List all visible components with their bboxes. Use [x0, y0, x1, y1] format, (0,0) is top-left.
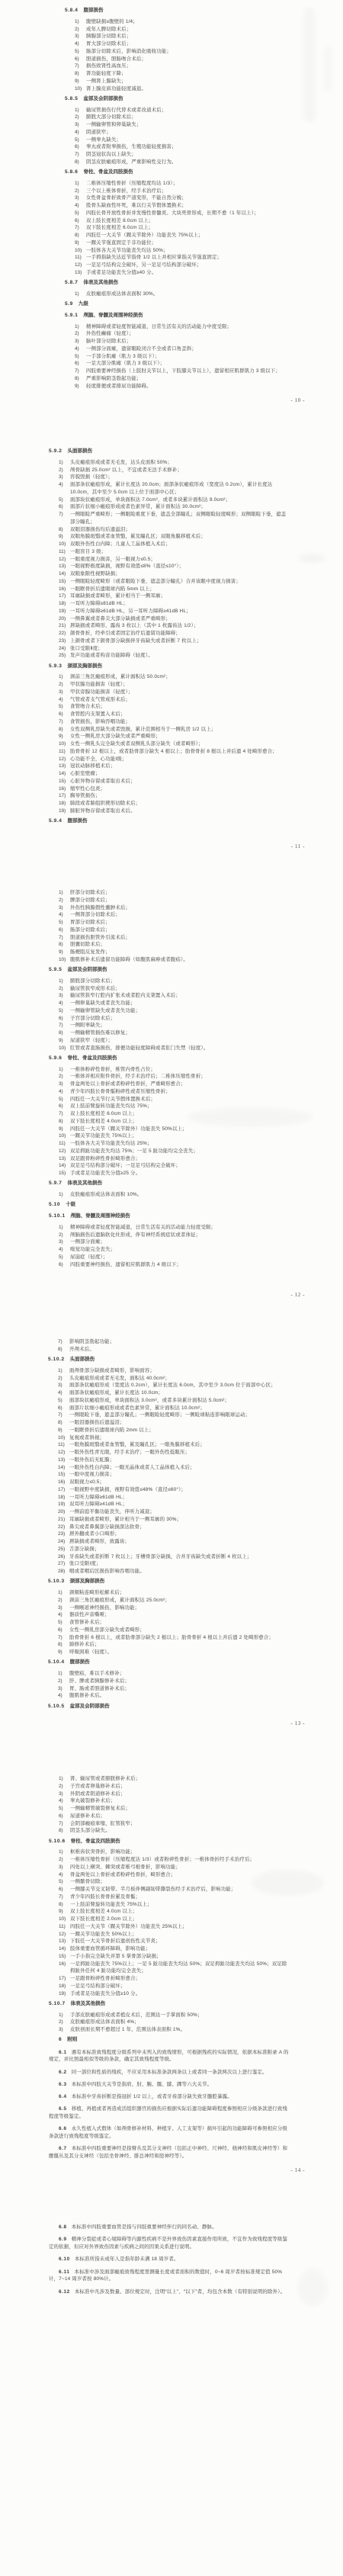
list-item: 1)皮肤瘢痕形成达体表面积 10%。 [49, 1191, 290, 1199]
list-item-text: 头皮瘢痕形成或者无毛发，面积达 40.0cm²； [69, 1375, 290, 1383]
list-item: 2)颈前三角区瘢痕形成，累计面积达 25.0cm²； [48, 1597, 290, 1604]
list-item-text: 严重影响阴茎勃起功能； [86, 375, 303, 383]
list-item-number: 3) [58, 1685, 69, 1693]
list-item: 6)食管腔内支架置入术后； [49, 711, 290, 718]
list-item: 4)面部条状瘢痕形成，累计长度达 10.0cm； [48, 1389, 290, 1397]
list-item-number: 27) [58, 1560, 69, 1568]
list-item: 3)容貌毁损（轻度）； [49, 474, 290, 481]
list-item-text: 甲状旁腺功能损害（轻度）； [70, 689, 290, 696]
list-item: 6)双上肢前臂旋转功能丧失均达 75%； [49, 1103, 290, 1110]
list-item-number: 10) [59, 1916, 70, 1923]
list-item-text: 一侧眼睑下垂，遮盖部分瞳孔；一侧眼睑轻度畸形；一侧睑球粘连影响眼球运动； [69, 1412, 290, 1419]
list-item-number: 1) [75, 107, 86, 114]
list-item-number: 2) [59, 681, 70, 689]
list-item-text: 一侧膝关节交叉韧带、半月板伴侧副韧带撕裂伤经手术治疗后，影响功能； [70, 1886, 290, 1893]
list-item-text: 肾上腺皮质功能轻度减退。 [86, 85, 303, 93]
clause-number: 6.7 [59, 2146, 67, 2151]
list-item-text: 胃、肠或者胆道修补术后； [69, 1685, 290, 1693]
list-item-text: 一侧肾部分切除术后； [70, 911, 290, 919]
list-item-number: 10) [59, 1132, 70, 1140]
list-item: 16)双眼视力≤0.5； [48, 1479, 290, 1486]
list-item: 8)肺修补术后； [48, 1641, 290, 1649]
list-item-number: 8) [59, 1827, 70, 1835]
list-item-text: 四肢任一大关节（踝关节除外）功能丧失 50%以上； [70, 1126, 290, 1133]
section-number: 5.10.3 [48, 1579, 65, 1584]
list-item-text: 皮肤瘢痕形成达体表面积 4%； [70, 2019, 290, 2026]
list-item-number: 1) [75, 180, 86, 188]
list-item-text: 一足大部分肌瘫（肌力 3 级以下）； [86, 360, 303, 368]
list-item-number: 3) [58, 1382, 69, 1389]
list-item: 2)一椎体并相应附件骨折，经手术治疗后；二椎体压缩性骨折； [49, 1073, 290, 1081]
list-item-text: 四肢重要神经损伤，遗留相应肌群肌力 4 级以下； [70, 1261, 290, 1269]
list-item-text: 颌骨骨折，经牵引或者固定治疗后遗留功能障碍； [70, 630, 290, 638]
list-item: 8)一上肢前臂旋转功能丧失 75%以上； [49, 1901, 290, 1909]
list-item-number: 23) [58, 1531, 69, 1538]
list-item-text: 肺段或者肺组织楔形切除术后； [70, 800, 290, 808]
list-item: 7)一侧附睾缺失； [49, 1022, 290, 1029]
list-item-number: 7) [59, 934, 70, 942]
section-number: 5.10.6 [49, 1839, 66, 1844]
list-item-number: 3) [59, 1791, 70, 1798]
list-item-text: 手部皮肤瘢痕形成或者植皮术后，范围达一手掌面积 50%； [70, 2012, 290, 2019]
list-item: 7)一侧眼睑严重畸形；一侧眼睑重度下垂，遮盖全部瞳孔；双侧眼睑轻度畸形；双侧眼睑… [49, 511, 290, 526]
list-item-text: 女性骨盆骨折致骨产道变形，不能自然分娩； [86, 194, 303, 202]
list-item-number: 26) [58, 1553, 69, 1561]
list-item-text: 食管吻合术后； [70, 703, 290, 711]
list-item: 7)肋骨骨折 6 根以上，或者肋骨部分缺失 2 根以上；肋骨骨折 4 根以上并后… [48, 1634, 290, 1642]
list-item-text: 枢椎齿状突骨折，影响功能； [70, 1848, 290, 1856]
list-item: 7)双下肢长度相差 6.0cm 以上； [65, 224, 303, 232]
list-item-number: 19) [59, 808, 70, 815]
list-item: 8)女性双侧乳房缺失或者毁损，累计范围相当于一侧乳房 1/2 以上； [49, 726, 290, 734]
list-item-number: 12) [75, 262, 86, 269]
list-item-number: 11) [59, 1923, 70, 1931]
section-number: 5.10 [49, 1202, 60, 1207]
list-item-number: 18) [59, 600, 70, 608]
list-item: 7)损伤致肾性高血压； [65, 63, 303, 70]
list-item-text: 鼻尖或者鼻翼部分缺损深达软骨； [69, 1524, 290, 1531]
list-item-text: 会阴部瘢痕挛缩，肛管狭窄； [70, 1820, 290, 1828]
list-item-text: 唇缺损或者畸形，致露齿； [69, 1538, 290, 1546]
list-item-text: 双眼角膜斑翳或者血管翳，累及瞳孔区；双眼角膜移植术后； [70, 533, 290, 541]
section-title: 颈部及胸部损伤 [70, 1579, 105, 1584]
list-item: 5)一手部分肌瘫（肌力 3 级以下）； [65, 353, 303, 361]
section-number: 5.10.7 [49, 2001, 66, 2006]
list-item: 1)腹壁缺损≥腹壁的 1/4； [65, 18, 303, 26]
clause-text: 本标准中四肢重要神经是指臂丛及其分支神经（包括正中神经、尺神经、桡神经和肌皮神经… [49, 2146, 287, 2159]
list-item-text: 尿道修补术后； [70, 1813, 290, 1820]
list-item: 11)一眼盲目 3 级； [49, 548, 290, 556]
list-item-text: 股骨头缺血性坏死，难以行关节假体置换术； [86, 202, 303, 210]
list-item: 10)双下肢长度相差 2.0cm 以上； [49, 1916, 290, 1923]
list-item-text: 阴道狭窄； [86, 129, 303, 137]
list-item: 5)面部块状瘢痕形成，单块面积达 7.0cm²，或者多块累计面积达 9.0cm²… [49, 496, 290, 504]
page-15-content: 6.8本标准中四肢重要血管是指与四肢重要神经伴行的同名动、静脉。 6.9精神分裂… [49, 2224, 290, 2301]
section-number: 5.8.5 [65, 96, 78, 101]
list-item: 7)四肢重要神经损伤（上肢肘关节以上，下肢膝关节以上），遗留相应肌群肌力 3 级… [65, 368, 303, 375]
section-heading-6: 6附则 [49, 2036, 290, 2044]
list-item: 5)食管吻合术后； [49, 703, 290, 711]
list-item: 1)头皮瘢痕形成或者无毛发，达头皮面积 50%； [49, 459, 290, 467]
list-item-number: 7) [75, 368, 86, 375]
clause-6.12: 6.12本标准中凡涉及数量、部位规定时，注明“以上”、“以下”者，均包含本数（有… [49, 2289, 290, 2296]
list-item-text: 呼吸困难（轻度）。 [69, 1649, 290, 1656]
section-title: 十级 [66, 1202, 75, 1207]
section-title: 颅脑、脊髓及周围神经损伤 [71, 1213, 130, 1219]
section-title: 体表及其他损伤 [67, 1180, 102, 1186]
list-item-text: 下肢任一大关节骨折后遗创伤性关节炎； [70, 1938, 290, 1945]
list-item-number: 6) [59, 711, 70, 718]
list-item-text: 一眼外伤后无虹膜； [69, 1457, 290, 1464]
list-item-number: 15) [58, 1471, 69, 1479]
list-item-text: 冠状动脉移植术后； [70, 763, 290, 770]
clause-text: 遇有本标准致残程度分级系列中未列入的致残情形，可根据残疾的实际情况，依据本标准附… [49, 2050, 289, 2063]
clause-number: 6.8 [59, 2224, 67, 2230]
list-item-number: 1) [59, 673, 70, 681]
list-item-text: 影响阴茎勃起功能； [69, 1338, 290, 1346]
list-item: 6)双上肢长度相差 8.0cm 以上； [65, 217, 303, 225]
list-item-text: 心功能不全，心功能Ⅰ级； [70, 756, 290, 763]
list-item-text: 面部块状瘢痕形成，单块面积达 3.0cm²，或者多块累计面积达 5.0cm²； [69, 1397, 290, 1405]
list-item: 3)一侧喉返神经损伤，影响功能； [48, 1604, 290, 1612]
list-item-text: 一眼中度视力损害； [69, 1471, 290, 1479]
list-item-text: 一眼眶骨折后遗眼球内陷 5mm 以上； [70, 586, 290, 593]
list-item-text: 女性双侧乳房缺失或者毁损，累计范围相当于一侧乳房 1/2 以上； [70, 726, 290, 734]
list-item-text: 四肢任一大关节（踝关节除外）功能丧失 25%以上； [70, 1923, 290, 1931]
list-item-text: 腹壁缺损≥腹壁的 1/4； [86, 18, 303, 26]
list-item-text: 一上肢前臂旋转功能丧失 75%以上； [70, 1901, 290, 1909]
list-item-text: 输尿管损伤行代替术或者改道术后； [86, 107, 303, 114]
list-item-number: 2) [59, 1232, 70, 1239]
list-item-text: 面部条状瘢痕形成（宽度达 0.2cm），累计长度达 6.0cm，其中至少 3.0… [69, 1382, 290, 1389]
list-item: 14)心脏室壁瘤； [49, 770, 290, 778]
clause-number: 6.1 [59, 2050, 67, 2055]
list-item-number: 6) [58, 1405, 69, 1412]
list-item-number: 7) [58, 1338, 69, 1346]
list-item-text: 一眼眶骨折后遗眼球内陷 2mm 以上； [69, 1427, 290, 1434]
list-item: 6)一足大部分肌瘫（肌力 3 级以下）； [65, 360, 303, 368]
list-item: 1)肝部分切除术后； [49, 889, 290, 897]
list-item-number: 13) [59, 1938, 70, 1945]
list-item-text: 青少年四肢长骨骨折累及骨骺； [70, 1893, 290, 1901]
page-number: - 10 - [290, 397, 305, 403]
list-item-number: 4) [75, 40, 86, 48]
list-item-number: 7) [59, 1022, 70, 1029]
list-item: 16)一足拇趾功能丧失 75%以上；一足 5 趾功能丧失均达 50%；双足拇趾功… [49, 1961, 290, 1976]
list-item: 8)双下肢长度相差 4.0cm 以上； [49, 1118, 290, 1126]
list-item: 8)一眼泪器损伤后遗溢泪； [48, 1419, 290, 1427]
list-item: 9)四肢任一大关节（踝关节除外）功能丧失 50%以上； [49, 1126, 290, 1133]
list-item: 3)女性骨盆骨折致骨产道变形，不能自然分娩； [65, 194, 303, 202]
list-item-number: 8) [75, 375, 86, 383]
scan-artifact [304, 8, 315, 122]
list-item: 15)一侧眼睑轻度畸形（或者眼睑下垂，遮盖部分瞳孔）合并该眼中度视力损害； [49, 578, 290, 586]
list-item-text: 面部片状细小瘢痕形成或者色素异常，累计面积达 30.0cm²； [70, 503, 290, 511]
list-item: 11)一肢体各大关节功能丧失均达 25%； [49, 1140, 290, 1148]
list-item: 18)一耳听力障碍≥81dB HL； [49, 600, 290, 608]
list-item: 20)一侧前庭平衡功能丧失，伴听力减退； [48, 1508, 290, 1516]
list-item-number: 10) [75, 247, 86, 255]
clause-6.1: 6.1遇有本标准致残程度分级系列中未列入的致残情形，可根据残疾的实际情况，依据本… [49, 2049, 290, 2064]
list-item-number: 8) [58, 1641, 69, 1649]
clause-number: 6.10 [59, 2256, 70, 2262]
clause-number: 6.12 [59, 2289, 70, 2295]
list-item-text: 骨盆两处以上骨折或者粉碎性骨折，严重畸形愈合； [70, 1081, 290, 1088]
section-heading-5.9.7: 5.9.7体表及其他损伤 [49, 1180, 290, 1187]
list-item-number: 10) [59, 1045, 70, 1052]
list-item-text: 手或者足功能丧失分值≥10 分。 [70, 1990, 290, 1998]
list-item-number: 11) [58, 1441, 69, 1449]
list-item-text: 双眼外伤性白内障；儿童人工晶体植入术后； [70, 541, 290, 548]
section-heading-5.8.7: 5.8.7体表及其他损伤 [65, 279, 303, 287]
list-item-text: 一侧输卵管和卵巢缺失； [86, 121, 303, 129]
list-item-number: 1) [59, 1191, 70, 1199]
list-item-text: 一侧眼睑严重畸形；一侧眼睑重度下垂，遮盖全部瞳孔；双侧眼睑轻度畸形；双侧眼睑下垂… [70, 511, 290, 526]
list-item-number: 4) [59, 911, 70, 919]
list-item-number: 9) [59, 949, 70, 956]
list-item-text: 双足拇趾功能丧失均达 75%；一足 5 趾功能均完全丧失； [70, 1148, 290, 1155]
list-item-text: 女性一侧乳房大部分缺失或者严重畸形； [70, 733, 290, 740]
clause-6.9: 6.9精神分裂症或者心境障碍等内源性疾病不是外界致伤因素直接作用所致，不宜作为致… [49, 2236, 290, 2251]
list-item-number: 23) [59, 638, 70, 645]
list-item: 5)一侧输精管破裂修复术后； [49, 1805, 290, 1813]
list-item-number: 4) [59, 1246, 70, 1254]
list-item-number: 14) [58, 1464, 69, 1472]
list-item-number: 15) [59, 1953, 70, 1961]
page-number: - 14 - [290, 2167, 305, 2173]
list-item: 13)手或者足功能丧失分值≥40 分。 [65, 269, 303, 277]
list-item-number: 1) [59, 1775, 70, 1783]
list-item-number: 1) [58, 1589, 69, 1597]
list-item-number: 6) [75, 143, 86, 151]
list-item-text: 输尿管狭窄行腔内扩张术或者腔内支架置入术后； [70, 992, 290, 1000]
list-item-number: 3) [58, 1604, 69, 1612]
list-item-text: 面部块状瘢痕形成，单块面积达 7.0cm²，或者多块累计面积达 9.0cm²； [70, 496, 290, 504]
section-heading-5.9.3: 5.9.3颈部及胸部损伤 [49, 663, 290, 670]
list-item-number: 5) [59, 1096, 70, 1103]
list-item-number: 11) [59, 1140, 70, 1148]
clause-number: 6.3 [59, 2082, 67, 2087]
list-item-number: 14) [59, 1162, 70, 1170]
list-item-number: 1) [75, 18, 86, 26]
list-item: 4)腹肌修补术后。 [48, 1692, 290, 1700]
list-item-number: 16) [59, 1961, 70, 1968]
list-item: 5)一侧睾丸缺失； [65, 137, 303, 144]
list-item-number: 4) [75, 202, 86, 210]
list-item-number: 17) [58, 1486, 69, 1494]
list-item-text: 双足跟骨粉碎性骨折畸形愈合； [70, 1155, 290, 1163]
list-item: 1)二椎体压缩性骨折（压缩程度均达 1/3）； [65, 180, 303, 188]
list-item-text: 输尿管狭窄成形术后； [70, 985, 290, 993]
list-item: 21)唇缺损或者畸形，露齿 3 枚以上（其中 1 枚露齿达 1/2）； [49, 622, 290, 630]
list-item-number: 5) [59, 1007, 70, 1015]
list-item-text: 皮肤创面长期不愈超过 1 年，范围达体表面积 1%。 [70, 2026, 290, 2034]
list-item: 1)面颅骨部分缺损或者畸形，影响面容； [48, 1367, 290, 1375]
list-item-text: 腹肌修补术后遗留功能障碍（如腹肌麻痹或者腹疝）。 [70, 956, 290, 964]
list-item-number: 3) [75, 33, 86, 40]
list-item-number: 4) [59, 1871, 70, 1879]
list-item-text: 一肢体各大关节功能丧失均达 50%； [86, 247, 303, 255]
list-item: 1)膀胱部分切除术后； [49, 978, 290, 985]
list-item-text: 肛管或者直肠损伤，排便功能轻度障碍或者肛门失禁（轻度）。 [70, 1045, 290, 1052]
list-item-text: 一眼外伤性白内障；一眼无晶体或者人工晶体植入术后； [69, 1464, 290, 1472]
list-item-number: 3) [75, 121, 86, 129]
clause-6.3: 6.3本标准中四肢大关节是指肩、肘、腕、髋、膝、踝等六大关节。 [49, 2081, 290, 2089]
list-item: 2)甲状腺功能损害（轻度）； [49, 681, 290, 689]
list-item-text: 一椎体并相应附件骨折，经手术治疗后；二椎体压缩性骨折； [70, 1073, 290, 1081]
list-item-text: 双下肢长度相差 4.0cm 以上； [70, 1118, 290, 1126]
list-item-text: 发声功能或者构音功能障碍（轻度）。 [70, 652, 290, 660]
list-item: 6)面部片状细小瘢痕形成或者色素异常，累计面积达 30.0cm²； [49, 503, 290, 511]
clause-text: 移植、再植或者再造成活组织器官的损伤应根据实际后遗功能障碍程度参照相应分级条款进… [49, 2106, 287, 2119]
list-item-number: 5) [59, 703, 70, 711]
list-item: 20)一侧鼻翼或者鼻尖大部分缺损或者严重畸形； [49, 615, 290, 623]
list-item-number: 1) [58, 1367, 69, 1375]
list-item-text: 双上肢长度相差 8.0cm 以上； [86, 217, 303, 225]
list-item: 12)心功能不全，心功能Ⅰ级； [49, 756, 290, 763]
list-item: 3)输尿管狭窄行腔内扩张术或者腔内支架置入术后； [49, 992, 290, 1000]
section-title: 腹部损伤 [70, 1659, 90, 1665]
list-item-text: 食管腔内支架置入术后； [70, 711, 290, 718]
list-item: 6)肠部分切除术后； [49, 927, 290, 934]
list-item-text: 双足足弓结构部分破坏；一足足弓结构完全破坏； [70, 1162, 290, 1170]
list-item-text: 一耳听力障碍≥61dB HL； [69, 1494, 290, 1502]
list-item-text: 耳廓缺损或者畸形，累计相当于一侧耳廓的 30%； [69, 1516, 290, 1524]
list-item-number: 11) [59, 548, 70, 556]
list-item: 16)一眼眶骨折后遗眼球内陷 5mm 以上； [49, 586, 290, 593]
list-item-text: 颅骨缺损 25.0cm² 以上，不宜或者无法手术修补； [70, 467, 290, 474]
list-item-text: 开颅术后。 [69, 1346, 290, 1354]
list-item: 10)腹肌修补术后遗留功能障碍（如腹肌麻痹或者腹疝）。 [49, 956, 290, 964]
section-title: 九级 [79, 301, 88, 307]
list-item-text: 胆道损伤胆管外引流术后； [70, 934, 290, 942]
list-item-text: 子宫或者卵巢修补术后； [70, 1783, 290, 1791]
list-item-text: 面部条状瘢痕形成，累计长度达 20.0cm；面部条状瘢痕形成（宽度达 0.2cm… [70, 481, 290, 496]
list-item: 19)双耳听力障碍≥41dB HL； [48, 1501, 290, 1508]
list-item-number: 12) [59, 556, 70, 564]
list-item-text: 张口受限Ⅰ度； [69, 1560, 290, 1568]
list-item-text: 肝部分切除术后； [70, 889, 290, 897]
list-item: 18)一足足弓结构部分破坏； [49, 1983, 290, 1990]
list-item-number: 9) [59, 533, 70, 541]
list-item-number: 1) [59, 459, 70, 467]
list-item-text: 上颌骨或者下颌骨部分缺损伴牙齿缺失或者折断 7 枚以上； [70, 638, 290, 645]
list-item-text: 外伤性胰腺假性囊肿术后； [70, 904, 290, 912]
list-item: 19)肺脏异物存留或者取出术后。 [49, 808, 290, 815]
list-item-number: 2) [58, 1678, 69, 1685]
list-item: 10)女性一侧乳头完全缺失或者双侧乳头部分缺失（或者畸形）； [49, 740, 290, 748]
list-item-number: 22) [58, 1524, 69, 1531]
clause-6.11: 6.11本标准中涉及面部瘢痕致残程度需测量长度或者面积的数值时，0~6 周岁者按… [49, 2269, 290, 2284]
list-item: 8)严重影响阴茎勃起功能； [65, 375, 303, 383]
list-item-text: 四处以上横突、棘突或者椎弓根骨折，影响功能； [70, 1864, 290, 1871]
section-title: 盆部及会阴部损伤 [83, 96, 123, 101]
list-item: 2)脾部分切除术后； [49, 897, 290, 904]
clause-text: 本标准中牙齿折断是指冠折 1/2 以上，或者牙齿部分缺失致牙髓腔暴露。 [72, 2094, 232, 2099]
list-item: 3)骨盆两处以上骨折或者粉碎性骨折，严重畸形愈合； [49, 1081, 290, 1088]
list-item-text: 双下肢长度相差 2.0cm 以上； [70, 1916, 290, 1923]
list-item: 4)一侧部分面瘫，遗留眼睑闭合不全或者口角歪斜； [65, 345, 303, 353]
clause-6.4: 6.4本标准中牙齿折断是指冠折 1/2 以上，或者牙齿部分缺失致牙髓腔暴露。 [49, 2093, 290, 2101]
list-item-text: 容貌毁损（轻度）； [70, 474, 290, 481]
list-item: 2)三个以上椎体骨折，经手术治疗后； [65, 188, 303, 195]
list-item-text: 肠部分切除术后，影响消化吸收功能； [86, 48, 303, 56]
list-item-text: 一手拇指缺失达近节指骨 1/2 以上并相应掌指关节强直固定； [86, 254, 303, 262]
list-item-text: 胃部分切除术后； [70, 919, 290, 927]
list-item-number: 6) [59, 927, 70, 934]
list-item-number: 13) [59, 1155, 70, 1163]
section-title: 盆部及会阴部损伤 [67, 967, 107, 972]
list-item-number: 22) [59, 630, 70, 638]
list-item: 25)发声功能或者构音功能障碍（轻度）。 [49, 652, 290, 660]
scanned-document-page: 5.8.4腹部损伤 1)腹壁缺损≥腹壁的 1/4； 2)成年人脾切除术后； 3)… [0, 0, 343, 2576]
list-item: 11)一手拇指缺失达近节指骨 1/2 以上并相应掌指关节强直固定； [65, 254, 303, 262]
list-item: 7)青少年四肢长骨骨折累及骨骺； [49, 1893, 290, 1901]
list-item-number: 6) [59, 503, 70, 511]
list-item-number: 7) [75, 151, 86, 159]
scan-artifact [299, 554, 325, 563]
list-item-text: 精神障碍或者轻度智能减退，日常生活有关的活动能力轻度受限； [70, 1224, 290, 1232]
list-item: 22)颌骨骨折，经牵引或者固定治疗后遗留功能障碍； [49, 630, 290, 638]
list-item-number: 3) [59, 2026, 70, 2034]
list-item: 2)一椎体压缩性骨折（压缩程度达 1/3）或者粉碎性骨折；一椎体骨折经手术治疗后… [49, 1856, 290, 1864]
scan-artifact [297, 2269, 328, 2307]
list-item: 9)轻度排便或者排尿功能障碍。 [65, 383, 303, 390]
list-item-text: 青少年四肢长骨骨骺粉碎性或者压缩性骨折； [70, 1088, 290, 1096]
list-item-number: 14) [59, 770, 70, 778]
list-item-number: 14) [59, 1945, 70, 1953]
list-item: 4)股骨头缺血性坏死，难以行关节假体置换术； [65, 202, 303, 210]
list-item: 4)青少年四肢长骨骨骺粉碎性或者压缩性骨折； [49, 1088, 290, 1096]
list-item-text: 胆囊切除术后； [70, 941, 290, 949]
list-item: 17)胸导管损伤； [49, 792, 290, 800]
list-item-text: 脑叶部分切除术后； [86, 338, 303, 345]
list-item-text: 舌部分缺损； [69, 1546, 290, 1553]
section-title: 头面部损伤 [67, 448, 92, 454]
section-title: 体表及其他损伤 [83, 280, 118, 285]
list-item: 4)阴道狭窄； [65, 129, 303, 137]
list-item: 13)一眼外伤后无虹膜； [48, 1457, 290, 1464]
list-item-text: 一足足弓结构部分破坏； [70, 1983, 290, 1990]
section-title: 脊柱、骨盆及四肢损伤 [83, 169, 133, 175]
list-item-number: 6) [59, 1015, 70, 1023]
list-item-number: 18) [58, 1494, 69, 1502]
list-item: 7)胆道损伤胆管外引流术后； [49, 934, 290, 942]
list-item: 8)开颅术后。 [48, 1346, 290, 1354]
clause-number: 6.2 [59, 2070, 67, 2075]
list-item: 7)食管损伤，影响吞咽功能； [49, 718, 290, 726]
section-heading-5.10.1: 5.10.1颅脑、脊髓及周围神经损伤 [49, 1213, 290, 1220]
list-item-text: 一眼盲目 3 级； [70, 548, 290, 556]
section-number: 6 [59, 2037, 62, 2042]
section-number: 5.9.2 [49, 448, 62, 454]
clause-6.6: 6.6永久性植入式假体（如颅骨修补材料、种植牙、人工支架等）损坏引起的功能障碍可… [49, 2125, 290, 2141]
section-heading-5.9.1: 5.9.1颅脑、脊髓及周围神经损伤 [65, 312, 303, 320]
clause-6.10: 6.10本标准所指未成年人是指年龄未满 18 周岁者。 [49, 2256, 290, 2263]
list-item-text: 咽或者咽后区损伤影响吞咽功能。 [69, 1568, 290, 1575]
list-item-number: 15) [59, 578, 70, 586]
list-item-number: 1) [59, 2012, 70, 2019]
list-item-text: 肠梗阻反复发作； [70, 949, 290, 956]
list-item: 3)脑叶部分切除术后； [65, 338, 303, 345]
list-item-number: 17) [59, 593, 70, 600]
list-item-number: 2) [75, 26, 86, 34]
list-item-text: 睾丸或者附睾损伤，生殖功能轻度损害； [86, 143, 303, 151]
list-item: 3)外阴或者阴道修补术后； [49, 1791, 290, 1798]
list-item: 21)耳廓缺损或者畸形，累计相当于一侧耳廓的 30%； [48, 1516, 290, 1524]
list-item-text: 双上肢前臂旋转功能丧失均达 75%； [70, 1103, 290, 1110]
list-item: 10)一踝关节功能丧失 75%以上； [49, 1132, 290, 1140]
